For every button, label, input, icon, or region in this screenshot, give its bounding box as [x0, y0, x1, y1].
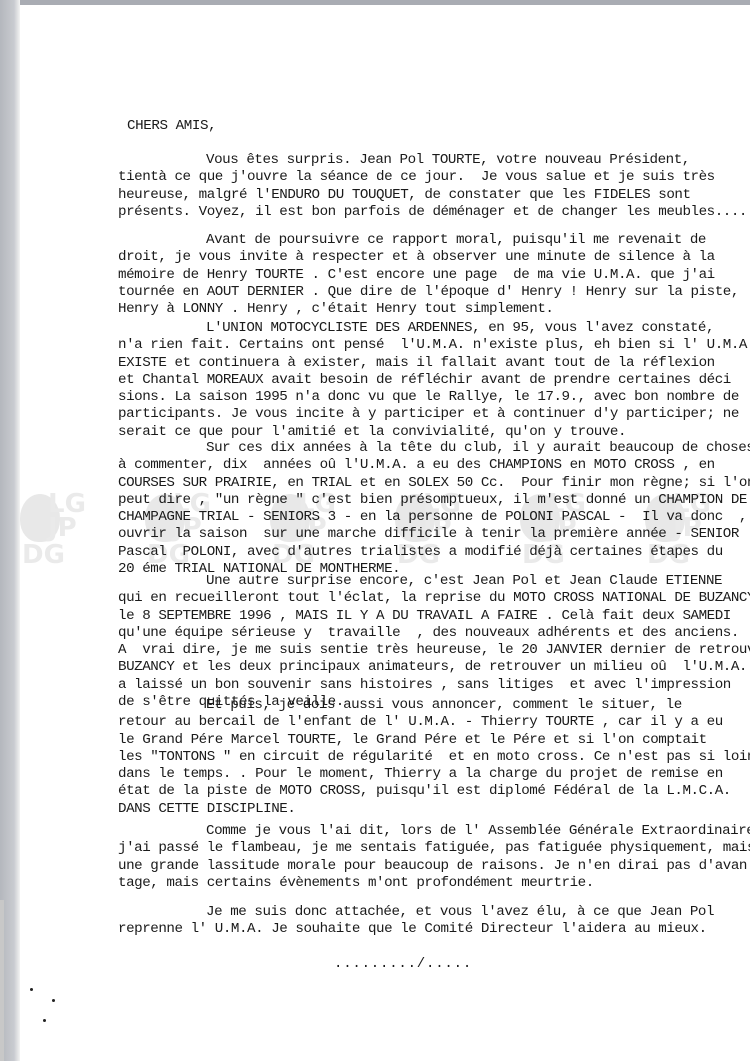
text-line: participants. Je vous incite à y partici… [118, 406, 750, 423]
letter-greeting: CHERS AMIS, [127, 118, 216, 134]
text-line: état de la piste de MOTO CROSS, puisqu'i… [118, 783, 750, 800]
text-line: retour au bercail de l'enfant de l' U.M.… [118, 714, 750, 731]
text-line: tientà ce que j'ouvre la séance de ce jo… [118, 169, 750, 186]
paragraph-7: Comme je vous l'ai dit, lors de l' Assem… [118, 823, 750, 892]
text-line: CHAMPAGNE TRIAL - SENIORS 3 - en la pers… [118, 509, 750, 526]
text-line: COURSES SUR PRAIRIE, en TRIAL et en SOLE… [118, 475, 750, 492]
text-line: peut dire , "un règne " c'est bien préso… [118, 492, 750, 509]
paragraph-6: Et puis, je dois aussi vous annoncer, co… [118, 697, 750, 818]
text-line: heureuse, malgré l'ENDURO DU TOUQUET, de… [118, 187, 750, 204]
text-line: présents. Voyez, il est bon parfois de d… [118, 204, 750, 221]
scan-speck [52, 999, 55, 1002]
text-line: a laissé un bon souvenir sans histoires … [118, 677, 750, 694]
text-line: le 8 SEPTEMBRE 1996 , MAIS IL Y A DU TRA… [118, 608, 750, 625]
text-line: Pascal POLONI, avec d'autres trialistes … [118, 544, 750, 561]
text-line: n'a rien fait. Certains ont pensé l'U.M.… [118, 337, 750, 354]
watermark-initials: LGJP [48, 492, 86, 540]
text-line: sions. La saison 1995 n'a donc vu que le… [118, 389, 750, 406]
text-line: j'ai passé le flambeau, je me sentais fa… [118, 840, 750, 857]
text-line: reprenne l' U.M.A. Je souhaite que le Co… [118, 921, 750, 938]
text-line: tage, mais certains évènements m'ont pro… [118, 875, 750, 892]
text-line: le Grand Pére Marcel TOURTE, le Grand Pé… [118, 732, 750, 749]
scan-speck [43, 1019, 46, 1022]
paragraph-2: Avant de poursuivre ce rapport moral, pu… [118, 232, 750, 318]
paragraph-3: L'UNION MOTOCYCLISTE DES ARDENNES, en 95… [118, 320, 750, 441]
scan-border-left-lower [0, 900, 4, 1061]
text-line: DANS CETTE DISCIPLINE. [118, 801, 750, 818]
text-line: A vrai dire, je me suis sentie très heur… [118, 642, 750, 659]
text-line: Vous êtes surpris. Jean Pol TOURTE, votr… [118, 152, 750, 169]
text-line: BUZANCY et les deux principaux animateur… [118, 659, 750, 676]
text-line: Une autre surprise encore, c'est Jean Po… [118, 573, 750, 590]
text-line: à commenter, dix années oû l'U.M.A. a eu… [118, 457, 750, 474]
text-line: une grande lassitude morale pour beaucou… [118, 858, 750, 875]
text-line: les "TONTONS " en circuit de régularité … [118, 749, 750, 766]
portrait-silhouette-icon [20, 494, 60, 542]
text-line: Et puis, je dois aussi vous annoncer, co… [118, 697, 750, 714]
paragraph-8: Je me suis donc attachée, et vous l'avez… [118, 904, 750, 939]
text-line: ouvrir la saison sur une marche difficil… [118, 526, 750, 543]
watermark-initials-bottom: DG [22, 542, 65, 568]
paragraph-1: Vous êtes surpris. Jean Pol TOURTE, votr… [118, 152, 750, 221]
text-line: EXISTE et continuera à exister, mais il … [118, 355, 750, 372]
text-line: droit, je vous invite à respecter et à o… [118, 249, 750, 266]
text-line: serait ce que pour l'amitié et la conviv… [118, 424, 750, 441]
scan-border-top [0, 0, 750, 5]
text-line: qu'une équipe sérieuse y travaille , des… [118, 625, 750, 642]
scan-speck [30, 988, 33, 991]
text-line: Henry à LONNY . Henry , c'était Henry to… [118, 301, 750, 318]
continuation-mark: ........./..... [334, 956, 472, 972]
text-line: Je me suis donc attachée, et vous l'avez… [118, 904, 750, 921]
text-line: Avant de poursuivre ce rapport moral, pu… [118, 232, 750, 249]
text-line: tournée en AOUT DERNIER . Que dire de l'… [118, 284, 750, 301]
text-line: qui en recueilleront tout l'éclat, la re… [118, 590, 750, 607]
text-line: mémoire de Henry TOURTE . C'est encore u… [118, 267, 750, 284]
text-line: Comme je vous l'ai dit, lors de l' Assem… [118, 823, 750, 840]
text-line: Sur ces dix années à la tête du club, il… [118, 440, 750, 457]
text-line: et Chantal MOREAUX avait besoin de réflé… [118, 372, 750, 389]
text-line: dans le temps. . Pour le moment, Thierry… [118, 766, 750, 783]
paragraph-5: Une autre surprise encore, c'est Jean Po… [118, 573, 750, 711]
paragraph-4: Sur ces dix années à la tête du club, il… [118, 440, 750, 578]
text-line: L'UNION MOTOCYCLISTE DES ARDENNES, en 95… [118, 320, 750, 337]
